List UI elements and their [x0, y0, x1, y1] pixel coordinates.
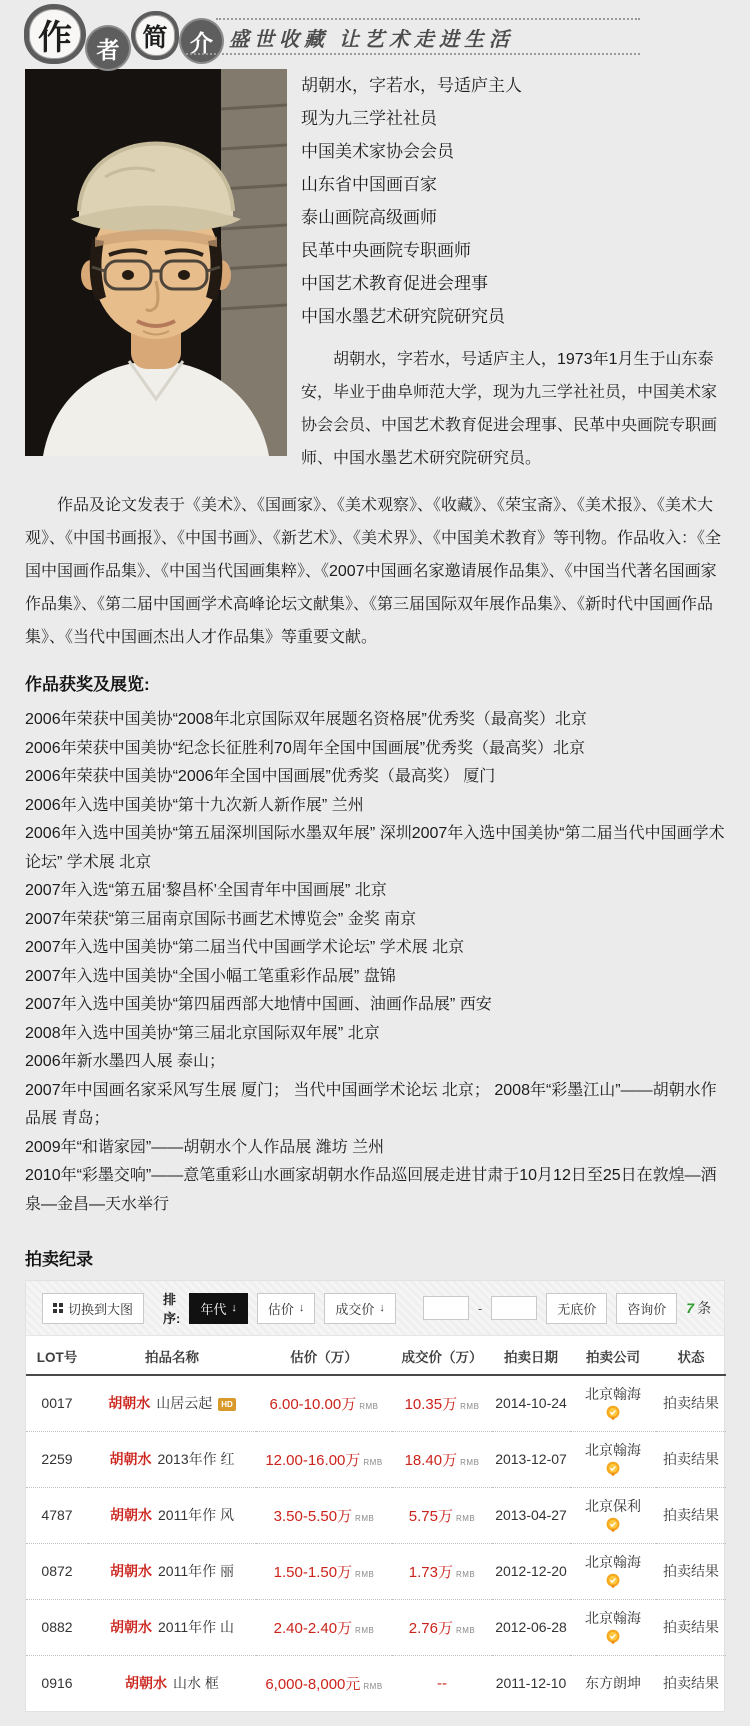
table-row: 0916 胡朝水山水 框 6,000-8,000元RMB --RMB 2011-… [26, 1655, 726, 1711]
award-item: 2007年荣获“第三届南京国际书画艺术博览会” 金奖 南京 [25, 906, 725, 935]
table-row: 2259 胡朝水2013年作 红 12.00-16.00万RMB 18.40万R… [26, 1431, 726, 1487]
dotted-divider [216, 18, 640, 20]
table-row: 0882 胡朝水2011年作 山 2.40-2.40万RMB 2.76万RMB … [26, 1599, 726, 1655]
lot-name-cell: 胡朝水山水 框 [88, 1655, 256, 1711]
lot-name-cell: 胡朝水2011年作 丽 [88, 1543, 256, 1599]
lot-status: 拍卖结果 [656, 1431, 726, 1487]
auction-company: 北京保利 [585, 1498, 641, 1514]
auction-table-header-row: LOT号拍品名称估价（万）成交价（万）拍卖日期拍卖公司状态 [26, 1336, 726, 1375]
lot-title: 山居云起 [156, 1395, 212, 1411]
lot-number: 0872 [26, 1543, 88, 1599]
auction-toolbar: 切换到大图 排序: 年代 ↓ 估价 ↓ 成交价 ↓ - 无底价 咨询价 7条 [26, 1281, 724, 1336]
sort-desc-icon: ↓ [299, 1302, 305, 1314]
bio-line: 中国艺术教育促进会理事 [301, 267, 725, 300]
lot-name-cell: 胡朝水2013年作 红 [88, 1431, 256, 1487]
lot-status: 拍卖结果 [656, 1375, 726, 1431]
award-item: 2006年入选中国美协“第五届深圳国际水墨双年展” 深圳2007年入选中国美协“… [25, 820, 725, 877]
lot-title: 2011年作 风 [158, 1507, 234, 1523]
auction-date: 2012-12-20 [492, 1543, 570, 1599]
rmb-label: RMB [456, 1626, 475, 1635]
artist-link[interactable]: 胡朝水 [109, 1451, 151, 1467]
lot-title: 2013年作 红 [157, 1451, 234, 1467]
artist-portrait-illustration [25, 69, 287, 456]
lot-status: 拍卖结果 [656, 1655, 726, 1711]
result-count: 7条 [686, 1298, 717, 1318]
auction-date: 2014-10-24 [492, 1375, 570, 1431]
auction-company-cell: 北京翰海 [570, 1375, 656, 1431]
artist-profile: 胡朝水，字若水，号适庐主人现为九三学社社员中国美术家协会会员山东省中国画百家泰山… [25, 69, 725, 475]
rmb-label: RMB [355, 1514, 374, 1523]
auction-table: LOT号拍品名称估价（万）成交价（万）拍卖日期拍卖公司状态 0017 胡朝水山居… [26, 1336, 726, 1711]
medal-icon [605, 1629, 621, 1645]
lot-name-cell: 胡朝水2011年作 山 [88, 1599, 256, 1655]
auction-company-cell: 东方朗坤 [570, 1655, 656, 1711]
column-header: 拍卖日期 [492, 1336, 570, 1375]
artist-bio: 胡朝水，字若水，号适庐主人现为九三学社社员中国美术家协会会员山东省中国画百家泰山… [287, 69, 725, 475]
artist-intro-paragraph: 胡朝水，字若水，号适庐主人，1973年1月生于山东泰安，毕业于曲阜师范大学，现为… [301, 343, 725, 475]
awards-title: 作品获奖及展览: [25, 670, 725, 700]
artist-link[interactable]: 胡朝水 [110, 1507, 152, 1523]
auction-company: 北京翰海 [585, 1610, 641, 1626]
rmb-label: RMB [460, 1402, 479, 1411]
bio-line-list: 胡朝水，字若水，号适庐主人现为九三学社社员中国美术家协会会员山东省中国画百家泰山… [301, 69, 725, 333]
lot-number: 2259 [26, 1431, 88, 1487]
auction-date: 2013-04-27 [492, 1487, 570, 1543]
lot-title: 山水 框 [173, 1675, 219, 1691]
estimate-cell: 6,000-8,000元RMB [256, 1655, 392, 1711]
medal-icon [605, 1573, 621, 1589]
bio-line: 现为九三学社社员 [301, 102, 725, 135]
estimate-cell: 2.40-2.40万RMB [256, 1599, 392, 1655]
artist-link[interactable]: 胡朝水 [110, 1563, 152, 1579]
auction-company: 北京翰海 [585, 1386, 641, 1402]
column-header: 拍卖公司 [570, 1336, 656, 1375]
bio-line: 中国美术家协会会员 [301, 135, 725, 168]
dotted-divider [186, 53, 640, 55]
auction-company-cell: 北京保利 [570, 1487, 656, 1543]
logo-stamp-zhe: 者 [87, 27, 129, 69]
estimate-cell: 3.50-5.50万RMB [256, 1487, 392, 1543]
lot-number: 4787 [26, 1487, 88, 1543]
logo-stamp-zuo: 作 [24, 4, 86, 64]
estimate-cell: 6.00-10.00万RMB [256, 1375, 392, 1431]
award-item: 2006年入选中国美协“第十九次新人新作展” 兰州 [25, 792, 725, 821]
award-item: 2007年入选中国美协“全国小幅工笔重彩作品展” 盘锦 [25, 963, 725, 992]
table-row: 0017 胡朝水山居云起HD 6.00-10.00万RMB 10.35万RMB … [26, 1375, 726, 1431]
logo-stamp-jian: 简 [131, 11, 179, 60]
sort-label: 排序: [163, 1289, 180, 1327]
artist-link[interactable]: 胡朝水 [110, 1619, 152, 1635]
column-header: 成交价（万） [392, 1336, 492, 1375]
column-header: 估价（万） [256, 1336, 392, 1375]
deal-price-cell: 5.75万RMB [392, 1487, 492, 1543]
rmb-label: RMB [355, 1570, 374, 1579]
column-header: 拍品名称 [88, 1336, 256, 1375]
award-item: 2009年“和谐家园”——胡朝水个人作品展 潍坊 兰州 [25, 1134, 725, 1163]
inquiry-price-filter-button[interactable]: 咨询价 [616, 1293, 677, 1324]
bio-line: 山东省中国画百家 [301, 168, 725, 201]
rmb-label: RMB [363, 1682, 382, 1691]
rmb-label: RMB [359, 1402, 378, 1411]
lot-title: 2011年作 丽 [158, 1563, 234, 1579]
auction-company: 东方朗坤 [585, 1675, 641, 1691]
auction-table-body: 0017 胡朝水山居云起HD 6.00-10.00万RMB 10.35万RMB … [26, 1375, 726, 1711]
award-item: 2010年“彩墨交响”——意笔重彩山水画家胡朝水作品巡回展走进甘肃于10月12日… [25, 1162, 725, 1219]
range-separator: - [478, 1301, 482, 1316]
artist-link[interactable]: 胡朝水 [125, 1675, 167, 1691]
rmb-label: RMB [355, 1626, 374, 1635]
switch-to-large-view-button[interactable]: 切换到大图 [42, 1293, 144, 1324]
sort-by-deal-price-button[interactable]: 成交价 ↓ [324, 1293, 396, 1324]
lot-number: 0916 [26, 1655, 88, 1711]
auction-company: 北京翰海 [585, 1554, 641, 1570]
auction-company: 北京翰海 [585, 1442, 641, 1458]
publications-paragraph: 作品及论文发表于《美术》、《国画家》、《美术观察》、《收藏》、《荣宝斋》、《美术… [25, 489, 725, 654]
bio-line: 民革中央画院专职画师 [301, 234, 725, 267]
sort-desc-icon: ↓ [379, 1302, 385, 1314]
deal-price-cell: 2.76万RMB [392, 1599, 492, 1655]
rmb-label: RMB [460, 1458, 479, 1467]
table-row: 0872 胡朝水2011年作 丽 1.50-1.50万RMB 1.73万RMB … [26, 1543, 726, 1599]
deal-price-cell: 1.73万RMB [392, 1543, 492, 1599]
column-header: LOT号 [26, 1336, 88, 1375]
lot-name-cell: 胡朝水2011年作 风 [88, 1487, 256, 1543]
estimate-cell: 12.00-16.00万RMB [256, 1431, 392, 1487]
rmb-label: RMB [456, 1514, 475, 1523]
deal-price-cell: 18.40万RMB [392, 1431, 492, 1487]
sort-by-estimate-button[interactable]: 估价 ↓ [257, 1293, 316, 1324]
award-item: 2006年荣获中国美协“纪念长征胜利70周年全国中国画展”优秀奖（最高奖）北京 [25, 735, 725, 764]
site-tagline: 盛世收藏 让艺术走进生活 [229, 23, 514, 52]
page: 作 者 简 介 盛世收藏 让艺术走进生活 [0, 0, 750, 1726]
logo-stamp-jie: 介 [181, 20, 222, 62]
medal-icon [605, 1461, 621, 1477]
hd-badge-icon: HD [218, 1398, 236, 1411]
award-item: 2007年中国画名家采风写生展 厦门； 当代中国画学术论坛 北京； 2008年“… [25, 1077, 725, 1134]
column-header: 状态 [656, 1336, 726, 1375]
lot-number: 0882 [26, 1599, 88, 1655]
award-item: 2006年荣获中国美协“2008年北京国际双年展题名资格展”优秀奖（最高奖）北京 [25, 706, 725, 735]
lot-name-cell: 胡朝水山居云起HD [88, 1375, 256, 1431]
lot-status: 拍卖结果 [656, 1487, 726, 1543]
artist-link[interactable]: 胡朝水 [108, 1395, 150, 1411]
award-item: 2007年入选“第五届‘黎昌杯’全国青年中国画展” 北京 [25, 877, 725, 906]
sort-desc-icon: ↓ [231, 1302, 237, 1314]
deal-price-cell: --RMB [392, 1655, 492, 1711]
lot-status: 拍卖结果 [656, 1599, 726, 1655]
artist-photo [25, 69, 287, 456]
auction-date: 2013-12-07 [492, 1431, 570, 1487]
award-item: 2006年荣获中国美协“2006年全国中国画展”优秀奖（最高奖） 厦门 [25, 763, 725, 792]
award-item: 2008年入选中国美协“第三届北京国际双年展” 北京 [25, 1020, 725, 1049]
deal-price-cell: 10.35万RMB [392, 1375, 492, 1431]
grid-view-icon [53, 1303, 63, 1313]
sort-by-year-button[interactable]: 年代 ↓ [189, 1293, 248, 1324]
auction-panel: 切换到大图 排序: 年代 ↓ 估价 ↓ 成交价 ↓ - 无底价 咨询价 7条 [25, 1280, 725, 1712]
auction-date: 2011-12-10 [492, 1655, 570, 1711]
awards-section: 作品获奖及展览: 2006年荣获中国美协“2008年北京国际双年展题名资格展”优… [25, 670, 725, 1219]
bio-line: 泰山画院高级画师 [301, 201, 725, 234]
rmb-label: RMB [363, 1458, 382, 1467]
masthead: 作 者 简 介 盛世收藏 让艺术走进生活 [0, 0, 750, 64]
no-reserve-filter-button[interactable]: 无底价 [546, 1293, 607, 1324]
price-range-max-input[interactable] [491, 1296, 537, 1320]
lot-status: 拍卖结果 [656, 1543, 726, 1599]
awards-list: 2006年荣获中国美协“2008年北京国际双年展题名资格展”优秀奖（最高奖）北京… [25, 706, 725, 1219]
auction-date: 2012-06-28 [492, 1599, 570, 1655]
lot-number: 0017 [26, 1375, 88, 1431]
bio-line: 胡朝水，字若水，号适庐主人 [301, 69, 725, 102]
award-item: 2006年新水墨四人展 泰山； [25, 1048, 725, 1077]
award-item: 2007年入选中国美协“第二届当代中国画学术论坛” 学术展 北京 [25, 934, 725, 963]
award-item: 2007年入选中国美协“第四届西部大地情中国画、油画作品展” 西安 [25, 991, 725, 1020]
bio-line: 中国水墨艺术研究院研究员 [301, 300, 725, 333]
price-range-min-input[interactable] [423, 1296, 469, 1320]
table-row: 4787 胡朝水2011年作 风 3.50-5.50万RMB 5.75万RMB … [26, 1487, 726, 1543]
medal-icon [605, 1517, 621, 1533]
auction-company-cell: 北京翰海 [570, 1599, 656, 1655]
estimate-cell: 1.50-1.50万RMB [256, 1543, 392, 1599]
auction-section-title: 拍卖纪录 [25, 1245, 725, 1270]
lot-title: 2011年作 山 [158, 1619, 234, 1635]
rmb-label: RMB [456, 1570, 475, 1579]
auction-company-cell: 北京翰海 [570, 1543, 656, 1599]
auction-company-cell: 北京翰海 [570, 1431, 656, 1487]
medal-icon [605, 1405, 621, 1421]
